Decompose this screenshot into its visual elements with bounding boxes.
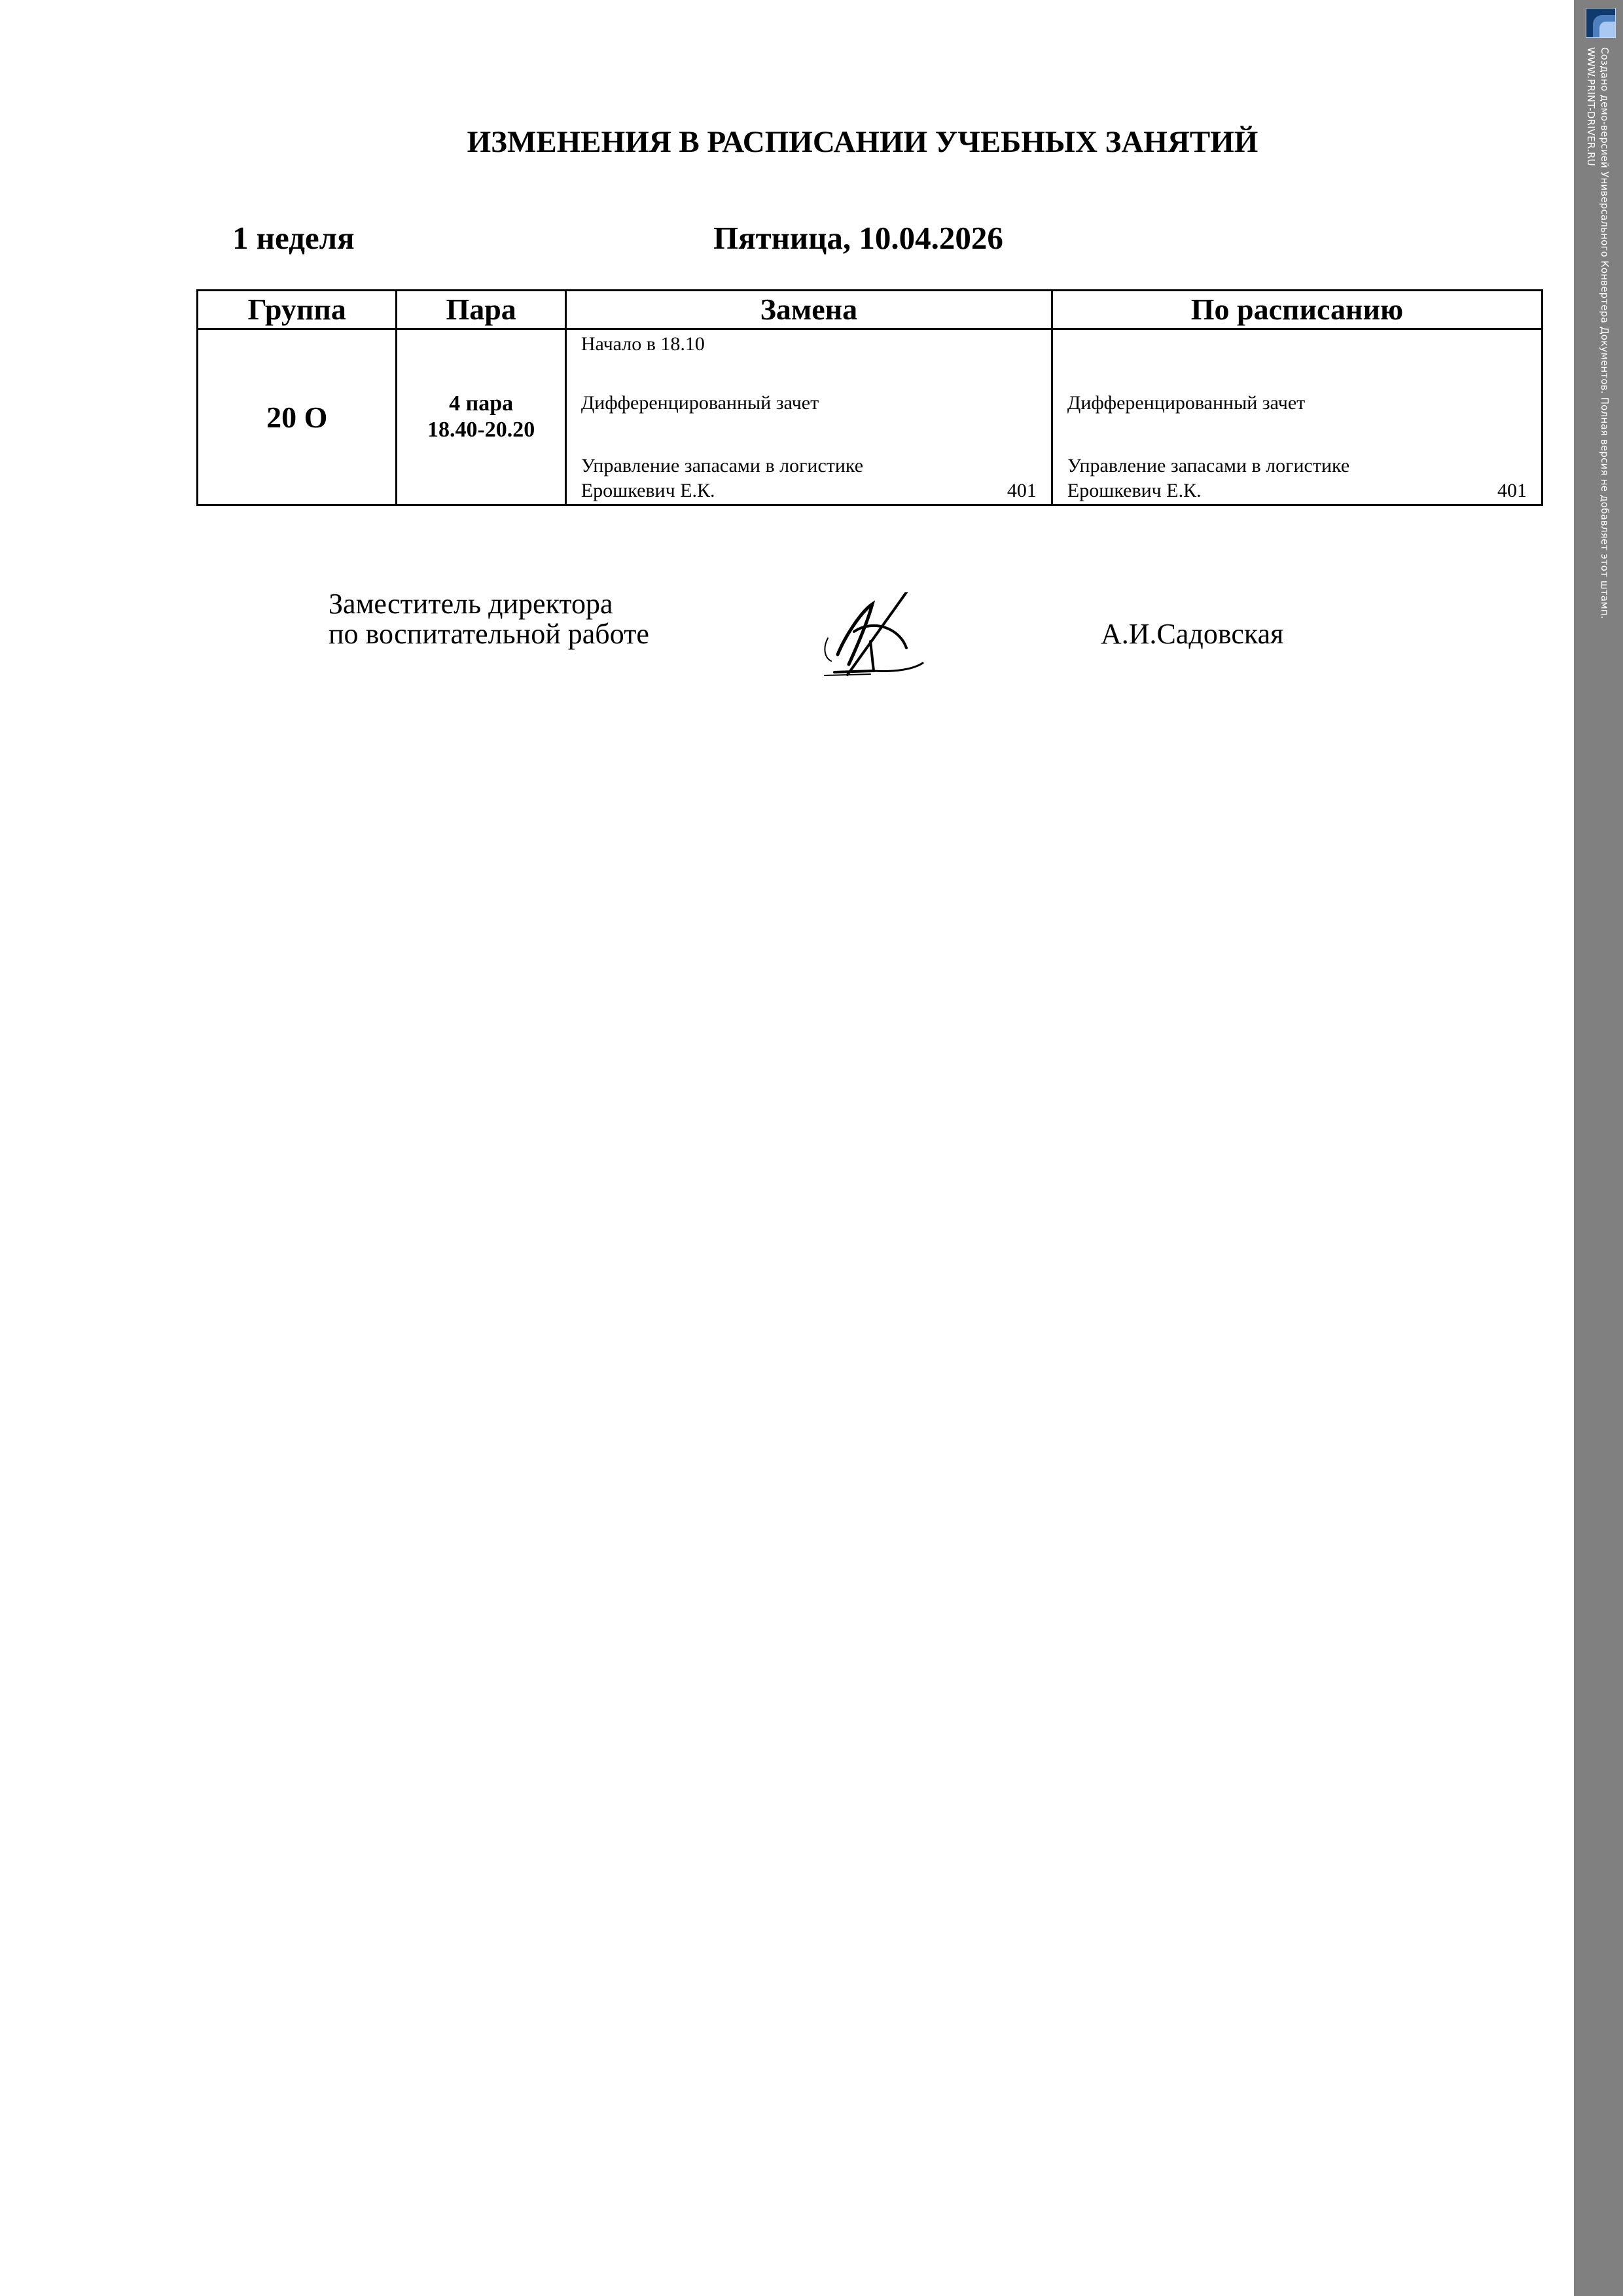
signatory-role: Заместитель директора по воспитательной …: [329, 589, 649, 649]
stamp-url: WWW.PRINT-DRIVER.RU: [1585, 47, 1597, 166]
replacement-type: Дифференцированный зачет: [581, 391, 819, 415]
replacement-note: Начало в 18.10: [581, 332, 705, 356]
signatory-role-line1: Заместитель директора: [329, 589, 649, 619]
signatory-name: А.И.Садовская: [1101, 619, 1283, 649]
signatory-role-line2: по воспитательной работе: [329, 619, 649, 649]
replacement-subject: Управление запасами в логистике: [581, 454, 863, 478]
page-title: ИЗМЕНЕНИЯ В РАСПИСАНИИ УЧЕБНЫХ ЗАНЯТИЙ: [0, 124, 1623, 160]
handwritten-signature-icon: [808, 592, 952, 684]
converter-logo-icon: [1586, 8, 1616, 38]
demo-watermark-stamp: Создано демо-версией Универсального Конв…: [1574, 0, 1623, 2296]
table-row: 20 О 4 пара 18.40-20.20 Начало в 18.10 Д…: [198, 329, 1543, 505]
replacement-cell: Начало в 18.10 Дифференцированный зачет …: [565, 329, 1052, 505]
pair-number: 4 пара: [397, 391, 564, 417]
scheduled-cell: Дифференцированный зачет Управление запа…: [1052, 329, 1542, 505]
scheduled-subject: Управление запасами в логистике: [1067, 454, 1349, 478]
header-group: Группа: [198, 291, 397, 329]
scheduled-room: 401: [1497, 479, 1527, 503]
schedule-changes-table: Группа Пара Замена По расписанию 20 О 4 …: [196, 289, 1543, 506]
table-header-row: Группа Пара Замена По расписанию: [198, 291, 1543, 329]
scheduled-teacher: Ерошкевич Е.К.: [1067, 479, 1202, 503]
pair-time: 18.40-20.20: [397, 417, 564, 443]
replacement-room: 401: [1007, 479, 1037, 503]
group-cell: 20 О: [198, 329, 397, 505]
replacement-teacher: Ерошкевич Е.К.: [581, 479, 715, 503]
date-label: Пятница, 10.04.2026: [713, 219, 1003, 257]
week-label: 1 неделя: [232, 219, 355, 257]
stamp-text: Создано демо-версией Универсального Конв…: [1599, 47, 1611, 619]
scheduled-type: Дифференцированный зачет: [1067, 391, 1305, 415]
header-replacement: Замена: [565, 291, 1052, 329]
header-scheduled: По расписанию: [1052, 291, 1542, 329]
header-pair: Пара: [397, 291, 565, 329]
pair-cell: 4 пара 18.40-20.20: [397, 329, 565, 505]
